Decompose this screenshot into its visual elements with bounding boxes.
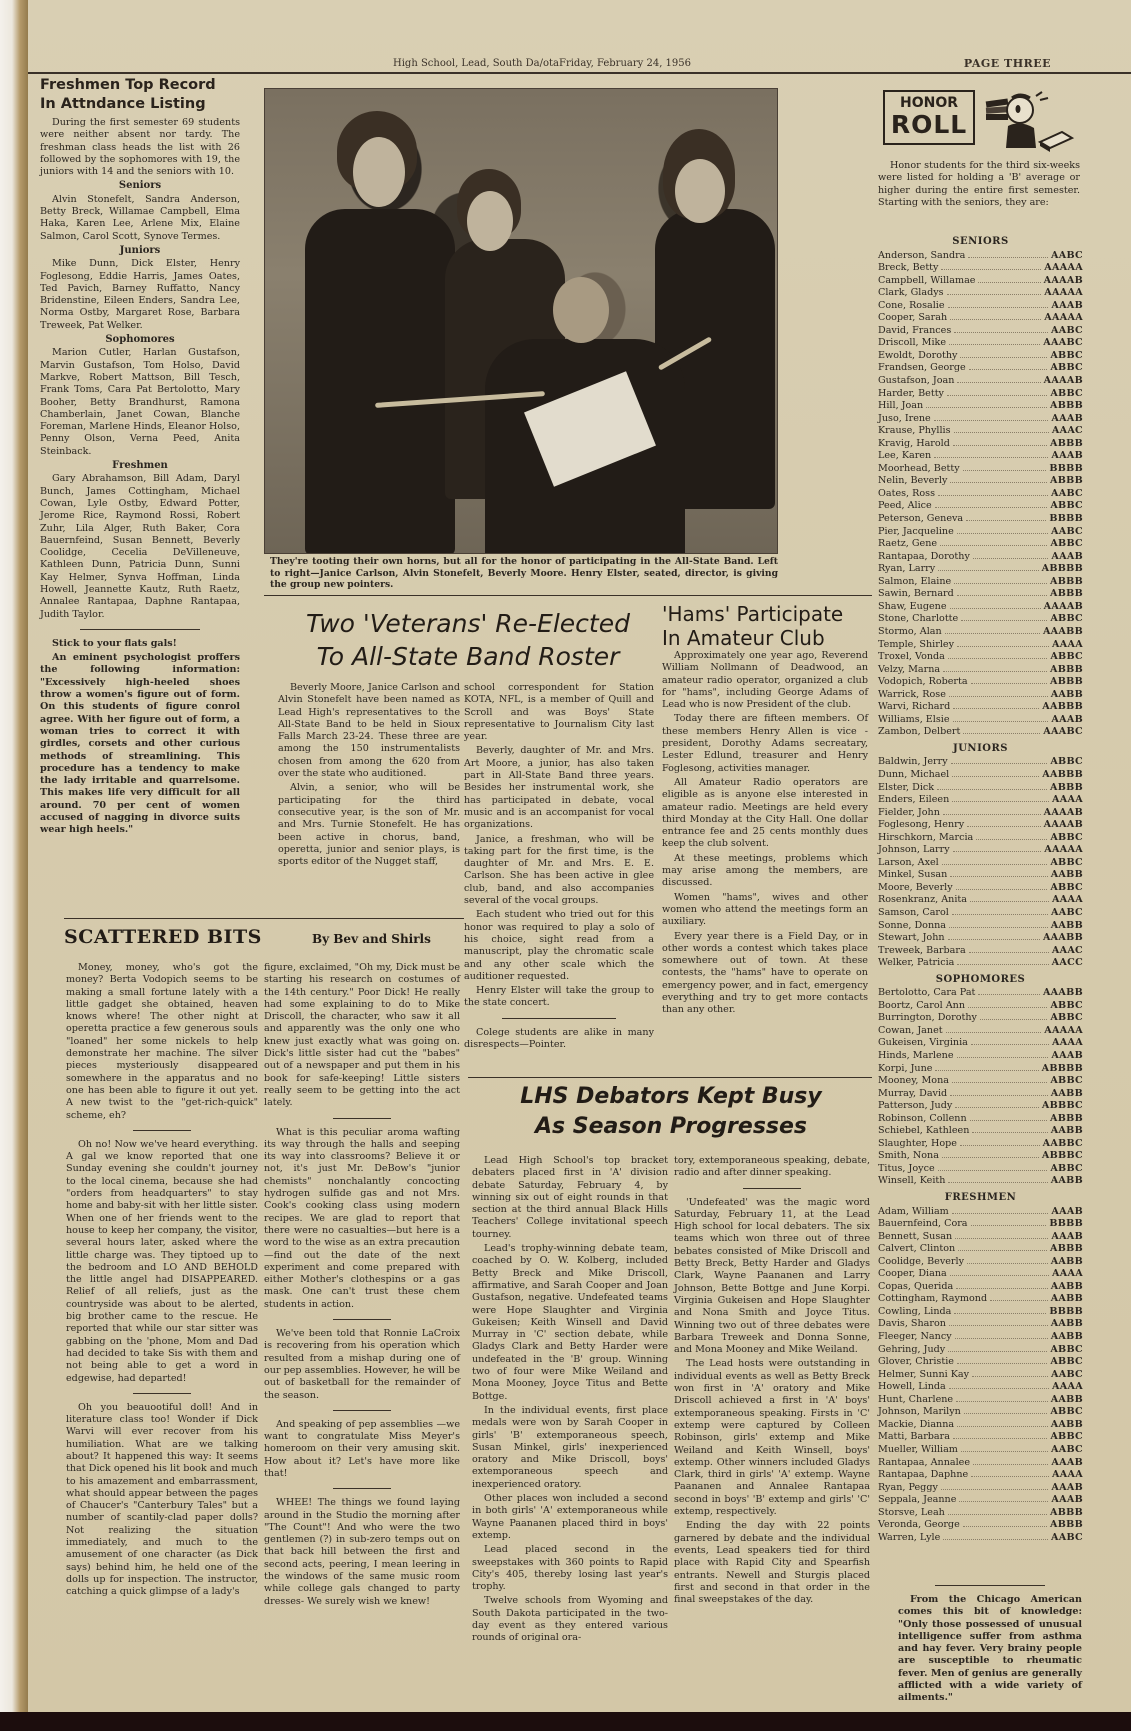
face-shape xyxy=(353,137,405,207)
honor-roll-logo: HONOR ROLL xyxy=(883,90,975,145)
leader-dots xyxy=(971,676,1047,684)
divider xyxy=(133,1393,191,1394)
honor-roll-row: Dunn, MichaelAABBB xyxy=(878,769,1083,782)
student-grades: ABBC xyxy=(1050,1356,1083,1369)
honor-roll-row: Copas, QueridaAABB xyxy=(878,1281,1083,1294)
honor-roll-row: Mooney, MonaABBC xyxy=(878,1075,1083,1088)
leader-dots xyxy=(934,450,1048,458)
leader-dots xyxy=(967,1256,1048,1264)
paragraph: Lead placed second in the sweepstakes wi… xyxy=(472,1544,668,1593)
honor-roll-row: Sonne, DonnaAABB xyxy=(878,920,1083,933)
leader-dots xyxy=(957,639,1049,647)
student-grades: AABC xyxy=(1051,1532,1083,1545)
honor-roll-row: Adam, WilliamAAAB xyxy=(878,1206,1083,1219)
honor-roll-row: Moore, BeverlyABBC xyxy=(878,882,1083,895)
honor-roll-row: Raetz, GeneABBC xyxy=(878,538,1083,551)
honor-roll-row: Pier, JacquelineAABC xyxy=(878,526,1083,539)
honor-roll-row: Hill, JoanABBB xyxy=(878,400,1083,413)
figure-silhouette xyxy=(305,209,455,554)
scattered-bits-title: SCATTERED BITS xyxy=(64,926,262,948)
student-name: Rosenkranz, Anita xyxy=(878,894,967,907)
student-name: Welker, Patricia xyxy=(878,957,954,970)
honor-roll-row: Warren, LyleAABC xyxy=(878,1532,1083,1545)
student-grades: ABBC xyxy=(1050,651,1083,664)
honor-roll-row: Williams, ElsieAAAB xyxy=(878,714,1083,727)
attendance-intro: During the first semester 69 students we… xyxy=(40,117,240,178)
paragraph: figure, exclaimed, "Oh my, Dick must be … xyxy=(264,962,460,1110)
student-grades: AABB xyxy=(1051,1175,1083,1188)
honor-roll-row: Anderson, SandraAABC xyxy=(878,250,1083,263)
honor-roll-row: Baldwin, JerryABBC xyxy=(878,756,1083,769)
divider xyxy=(935,1585,1045,1586)
student-grades: AAABC xyxy=(1043,726,1083,739)
student-name: Slaughter, Hope xyxy=(878,1138,957,1151)
student-name: Samson, Carol xyxy=(878,907,949,920)
student-name: Murray, David xyxy=(878,1088,947,1101)
divider xyxy=(743,1188,802,1189)
leader-dots xyxy=(963,726,1040,734)
student-name: Fleeger, Nancy xyxy=(878,1331,952,1344)
student-name: Moore, Beverly xyxy=(878,882,953,895)
honor-roll-row: Johnson, MarilynABBC xyxy=(878,1406,1083,1419)
leader-dots xyxy=(949,337,1040,345)
leader-dots xyxy=(956,1394,1048,1402)
band-headline: Two 'Veterans' Re-Elected To All-State B… xyxy=(278,607,658,673)
student-name: Bennett, Susan xyxy=(878,1231,952,1244)
honor-roll-row: Gehring, JudyABBC xyxy=(878,1344,1083,1357)
leader-dots xyxy=(971,1218,1047,1226)
honor-roll-row: Bertolotto, Cara PatAAABB xyxy=(878,987,1083,1000)
student-grades: ABBB xyxy=(1050,676,1083,689)
leader-dots xyxy=(956,1281,1047,1289)
paragraph: Beverly, daughter of Mr. and Mrs. Art Mo… xyxy=(464,745,654,831)
scattered-bits-col2: figure, exclaimed, "Oh my, Dick must be … xyxy=(264,962,460,1610)
student-name: Robinson, Collenn xyxy=(878,1113,967,1126)
paragraph: school correspondent for Station KOTA, N… xyxy=(464,682,654,743)
student-grades: ABBC xyxy=(1050,1012,1083,1025)
student-grades: AAAAB xyxy=(1044,275,1083,288)
honor-roll-row: Mackie, DiannaAABB xyxy=(878,1419,1083,1432)
leader-dots xyxy=(970,1113,1047,1121)
student-name: Larson, Axel xyxy=(878,857,939,870)
student-grades: ABBC xyxy=(1050,1000,1083,1013)
honor-roll-row: Hirschkorn, MarciaABBC xyxy=(878,832,1083,845)
leader-dots xyxy=(973,1457,1048,1465)
student-grades: ABBC xyxy=(1050,857,1083,870)
divider xyxy=(133,1130,191,1131)
leader-dots xyxy=(950,312,1041,320)
leader-dots xyxy=(951,756,1048,764)
student-grades: ABBC xyxy=(1050,832,1083,845)
honor-roll-row: Matti, BarbaraABBC xyxy=(878,1431,1083,1444)
honor-roll-row: Cooper, DianaAAAA xyxy=(878,1268,1083,1281)
student-grades: AAAB xyxy=(1051,1206,1083,1219)
student-name: Boortz, Carol Ann xyxy=(878,1000,965,1013)
leader-dots xyxy=(978,275,1040,283)
scattered-bits-col1: Money, money, who's got the money? Berta… xyxy=(66,962,258,1601)
student-name: Stone, Charlotte xyxy=(878,613,958,626)
student-name: Calvert, Clinton xyxy=(878,1243,955,1256)
leader-dots xyxy=(978,987,1040,995)
student-grades: AABC xyxy=(1051,488,1083,501)
student-name: Rantapaa, Daphne xyxy=(878,1469,968,1482)
honor-roll-row: Cooper, SarahAAAAA xyxy=(878,312,1083,325)
student-grades: ABBC xyxy=(1050,613,1083,626)
leader-dots xyxy=(955,1231,1048,1239)
leader-dots xyxy=(953,1431,1047,1439)
dateline: High School, Lead, South Da/otaFriday, F… xyxy=(393,58,691,69)
divider xyxy=(264,595,872,596)
leader-dots xyxy=(943,1532,1048,1540)
leader-dots xyxy=(958,1243,1047,1251)
student-name: Hill, Joan xyxy=(878,400,923,413)
leader-dots xyxy=(947,287,1042,295)
leader-dots xyxy=(954,576,1047,584)
student-grades: AAAAB xyxy=(1044,375,1083,388)
student-grades: AAAB xyxy=(1051,300,1083,313)
leader-dots xyxy=(968,1000,1047,1008)
student-name: Frandsen, George xyxy=(878,362,966,375)
band-photo xyxy=(264,88,778,554)
honor-roll-row: Patterson, JudyABBBC xyxy=(878,1100,1083,1113)
honor-roll-row: Smith, NonaABBBC xyxy=(878,1150,1083,1163)
divider xyxy=(502,1018,616,1019)
paragraph: What is this peculiar aroma wafting its … xyxy=(264,1127,460,1311)
student-grades: ABBB xyxy=(1050,438,1083,451)
student-name: Hirschkorn, Marcia xyxy=(878,832,973,845)
student-grades: AABB xyxy=(1051,689,1083,702)
honor-roll-row: Korpi, JuneABBBB xyxy=(878,1063,1083,1076)
student-grades: AAAAA xyxy=(1044,312,1083,325)
student-name: Zambon, Delbert xyxy=(878,726,960,739)
paragraph: At these meetings, problems which may ar… xyxy=(662,853,868,890)
honor-roll-row: Lee, KarenAAAB xyxy=(878,450,1083,463)
leader-dots xyxy=(957,588,1047,596)
student-name: Cowan, Janet xyxy=(878,1025,943,1038)
paragraph: Money, money, who's got the money? Berta… xyxy=(66,962,258,1122)
student-name: Winsell, Keith xyxy=(878,1175,945,1188)
student-name: Rantapaa, Annalee xyxy=(878,1457,970,1470)
leader-dots xyxy=(953,844,1042,852)
student-grades: ABBBC xyxy=(1042,1100,1083,1113)
attendance-sophomores-label: Sophomores xyxy=(40,334,240,346)
paragraph: Ending the day with 22 points garnered b… xyxy=(674,1520,870,1606)
honor-roll-row: Samson, CarolAABC xyxy=(878,907,1083,920)
leader-dots xyxy=(966,513,1046,521)
student-grades: AAAB xyxy=(1051,1231,1083,1244)
honor-roll-row: Murray, DavidAABB xyxy=(878,1088,1083,1101)
leader-dots xyxy=(942,1150,1039,1158)
honor-roll-row: Warvi, RichardAABBB xyxy=(878,701,1083,714)
honor-roll-row: Johnson, LarryAAAAA xyxy=(878,844,1083,857)
attendance-juniors-label: Juniors xyxy=(40,245,240,257)
filler-quip: Colege students are alike in many disres… xyxy=(464,1027,654,1052)
paragraph: Lead High School's top bracket debaters … xyxy=(472,1155,668,1241)
honor-roll-row: Cowling, LindaBBBB xyxy=(878,1306,1083,1319)
student-name: Johnson, Larry xyxy=(878,844,950,857)
honor-roll-row: Kravig, HaroldABBB xyxy=(878,438,1083,451)
flats-body: An eminent psychologist proffers the fol… xyxy=(40,652,240,836)
honor-roll-row: Seppala, JeanneAAAB xyxy=(878,1494,1083,1507)
student-name: Adam, William xyxy=(878,1206,949,1219)
student-name: Patterson, Judy xyxy=(878,1100,952,1113)
student-name: Ryan, Peggy xyxy=(878,1482,938,1495)
student-name: Juso, Irene xyxy=(878,413,931,426)
student-grades: AAAB xyxy=(1051,1457,1083,1470)
honor-roll-row: Gukeisen, VirginiaAAAA xyxy=(878,1037,1083,1050)
honor-roll-row: Stone, CharlotteABBC xyxy=(878,613,1083,626)
band-article-col1: Beverly Moore, Janice Carlson and Alvin … xyxy=(278,682,460,870)
student-grades: ABBB xyxy=(1050,782,1083,795)
honor-roll-row: Ryan, PeggyAAAB xyxy=(878,1482,1083,1495)
honor-roll-intro: Honor students for the third six-weeks w… xyxy=(878,160,1080,211)
student-name: Cooper, Sarah xyxy=(878,312,947,325)
student-grades: AAAC xyxy=(1052,945,1083,958)
student-name: Treweek, Barbara xyxy=(878,945,966,958)
honor-roll-row: David, FrancesAABC xyxy=(878,325,1083,338)
honor-roll-row: Enders, EileenAAAA xyxy=(878,794,1083,807)
honor-roll-row: Bauernfeind, CoraBBBB xyxy=(878,1218,1083,1231)
student-name: Veronda, George xyxy=(878,1519,960,1532)
paragraph: Every year there is a Field Day, or in o… xyxy=(662,931,868,1017)
student-name: Cowling, Linda xyxy=(878,1306,951,1319)
student-grades: AABC xyxy=(1051,526,1083,539)
honor-roll-row: Fleeger, NancyAABB xyxy=(878,1331,1083,1344)
leader-dots xyxy=(959,1494,1048,1502)
student-grades: ABBC xyxy=(1050,1431,1083,1444)
student-grades: ABBC xyxy=(1050,1344,1083,1357)
debate-headline: LHS Debators Kept Busy As Season Progres… xyxy=(473,1082,869,1142)
student-grades: AABB xyxy=(1051,1281,1083,1294)
student-name: Ryan, Larry xyxy=(878,563,935,576)
student-name: Driscoll, Mike xyxy=(878,337,946,350)
chicago-american-filler: From the Chicago American comes this bit… xyxy=(898,1585,1082,1707)
student-grades: BBBB xyxy=(1049,513,1083,526)
attendance-freshmen-label: Freshmen xyxy=(40,460,240,472)
student-name: Bertolotto, Cara Pat xyxy=(878,987,975,1000)
student-name: Johnson, Marilyn xyxy=(878,1406,961,1419)
student-grades: AABC xyxy=(1051,907,1083,920)
student-name: Campbell, Willamae xyxy=(878,275,975,288)
page-number: PAGE THREE xyxy=(964,57,1051,70)
student-grades: AABB xyxy=(1051,1331,1083,1344)
honor-roll-row: Troxel, VondaABBC xyxy=(878,651,1083,664)
debate-article-col1: Lead High School's top bracket debaters … xyxy=(472,1155,668,1647)
paragraph: Oh you beauootiful doll! And in literatu… xyxy=(66,1402,258,1599)
student-grades: AABBB xyxy=(1042,701,1083,714)
student-grades: AAABB xyxy=(1043,932,1083,945)
student-name: Howell, Linda xyxy=(878,1381,946,1394)
leader-dots xyxy=(950,1088,1048,1096)
leader-dots xyxy=(935,1063,1038,1071)
divider xyxy=(80,629,200,630)
student-name: Bauernfeind, Cora xyxy=(878,1218,968,1231)
honor-roll-row: Mueller, WilliamAABC xyxy=(878,1444,1083,1457)
honor-roll-row: Rantapaa, AnnaleeAAAB xyxy=(878,1457,1083,1470)
student-name: Glover, Christie xyxy=(878,1356,954,1369)
honor-roll-row: Larson, AxelABBC xyxy=(878,857,1083,870)
honor-roll-row: Gustafson, JoanAAAAB xyxy=(878,375,1083,388)
student-name: Sawin, Bernard xyxy=(878,588,954,601)
leader-dots xyxy=(990,1293,1048,1301)
flats-lead: Stick to your flats gals! xyxy=(40,638,240,650)
honor-roll-row: Temple, ShirleyAAAA xyxy=(878,639,1083,652)
scattered-bits-byline: By Bev and Shirls xyxy=(312,932,431,946)
divider xyxy=(333,1488,392,1489)
leader-dots xyxy=(971,1469,1049,1477)
leader-dots xyxy=(950,869,1047,877)
student-grades: ABBC xyxy=(1050,500,1083,513)
student-name: Gukeisen, Virginia xyxy=(878,1037,968,1050)
honor-roll-row: Schiebel, KathleenAABB xyxy=(878,1125,1083,1138)
honor-roll-row: Howell, LindaAAAA xyxy=(878,1381,1083,1394)
paragraph: Approximately one year ago, Reverend Wil… xyxy=(662,650,868,711)
student-name: Schiebel, Kathleen xyxy=(878,1125,969,1138)
student-name: Shaw, Eugene xyxy=(878,601,947,614)
student-grades: AABC xyxy=(1051,250,1083,263)
student-grades: AAAAB xyxy=(1044,807,1083,820)
student-grades: ABBB xyxy=(1050,1507,1083,1520)
leader-dots xyxy=(950,1268,1049,1276)
student-name: Vodopich, Roberta xyxy=(878,676,968,689)
paragraph: Each student who tried out for this hono… xyxy=(464,909,654,983)
paragraph: Honor students for the third six-weeks w… xyxy=(878,160,1080,209)
honor-roll-row: Cottingham, RaymondAABB xyxy=(878,1293,1083,1306)
student-name: Warrick, Rose xyxy=(878,689,946,702)
student-grades: ABBC xyxy=(1050,1075,1083,1088)
honor-roll-row: Slaughter, HopeAABBC xyxy=(878,1138,1083,1151)
student-name: Krause, Phyllis xyxy=(878,425,951,438)
honor-roll-row: Calvert, ClintonABBB xyxy=(878,1243,1083,1256)
attendance-article: Freshmen Top Record In Attndance Listing… xyxy=(40,76,240,839)
student-grades: ABBC xyxy=(1050,388,1083,401)
leader-dots xyxy=(955,1331,1048,1339)
leader-dots xyxy=(942,857,1048,865)
student-grades: AAAAA xyxy=(1044,287,1083,300)
student-name: Hunt, Charlene xyxy=(878,1394,953,1407)
student-name: Harder, Betty xyxy=(878,388,944,401)
paragraph: In the individual events, first place me… xyxy=(472,1405,668,1491)
student-name: Salmon, Elaine xyxy=(878,576,951,589)
honor-roll-row: Hinds, MarleneAAAB xyxy=(878,1050,1083,1063)
honor-roll-row: Breck, BettyAAAAA xyxy=(878,262,1083,275)
leader-dots xyxy=(948,1507,1047,1515)
leader-dots xyxy=(948,651,1047,659)
leader-dots xyxy=(957,957,1048,965)
leader-dots xyxy=(953,701,1039,709)
student-name: Mooney, Mona xyxy=(878,1075,949,1088)
honor-roll-row: Stormo, AlanAAABB xyxy=(878,626,1083,639)
leader-dots xyxy=(976,832,1047,840)
leader-dots xyxy=(952,769,1039,777)
leader-dots xyxy=(973,551,1048,559)
student-name: Elster, Dick xyxy=(878,782,934,795)
student-name: Burrington, Dorothy xyxy=(878,1012,977,1025)
student-grades: ABBB xyxy=(1050,1519,1083,1532)
honor-roll-row: Treweek, BarbaraAAAC xyxy=(878,945,1083,958)
leader-dots xyxy=(971,1037,1049,1045)
student-grades: AABB xyxy=(1051,1125,1083,1138)
leader-dots xyxy=(952,1206,1049,1214)
student-name: Davis, Sharon xyxy=(878,1318,946,1331)
divider xyxy=(333,1118,392,1119)
face-shape xyxy=(467,191,513,251)
face-shape xyxy=(675,159,725,223)
student-name: Seppala, Jeanne xyxy=(878,1494,956,1507)
student-grades: AAAB xyxy=(1051,714,1083,727)
student-grades: AAAA xyxy=(1052,1381,1083,1394)
leader-dots xyxy=(954,1306,1046,1314)
student-grades: AAAB xyxy=(1051,551,1083,564)
student-grades: BBBB xyxy=(1049,1306,1083,1319)
paragraph: tory, extemporaneous speaking, debate, r… xyxy=(674,1155,870,1180)
student-name: Rantapaa, Dorothy xyxy=(878,551,970,564)
student-grades: AACC xyxy=(1052,957,1083,970)
leader-dots xyxy=(953,438,1047,446)
leader-dots xyxy=(952,907,1048,915)
debate-article-col2: tory, extemporaneous speaking, debate, r… xyxy=(674,1155,870,1608)
student-name: Stewart, John xyxy=(878,932,945,945)
honor-section-label: JUNIORS xyxy=(878,743,1083,756)
hams-article: Approximately one year ago, Reverend Wil… xyxy=(662,650,868,1019)
leader-dots xyxy=(948,932,1040,940)
leader-dots xyxy=(943,807,1041,815)
student-grades: ABBB xyxy=(1050,1113,1083,1126)
student-grades: AAAB xyxy=(1051,450,1083,463)
page-gutter xyxy=(0,0,30,1731)
leader-dots xyxy=(957,526,1048,534)
student-name: Minkel, Susan xyxy=(878,869,947,882)
student-name: Oates, Ross xyxy=(878,488,935,501)
student-name: Foglesong, Henry xyxy=(878,819,964,832)
honor-roll-row: Frandsen, GeorgeABBC xyxy=(878,362,1083,375)
honor-roll-row: Campbell, WillamaeAAAAB xyxy=(878,275,1083,288)
leader-dots xyxy=(963,463,1047,471)
honor-roll-row: Krause, PhyllisAAAC xyxy=(878,425,1083,438)
divider xyxy=(333,1319,392,1320)
paragraph: And speaking of pep assemblies —we want … xyxy=(264,1419,460,1480)
student-grades: AABB xyxy=(1051,920,1083,933)
honor-roll-row: Clark, GladysAAAAA xyxy=(878,287,1083,300)
honor-roll-row: Cowan, JanetAAAAA xyxy=(878,1025,1083,1038)
student-grades: ABBB xyxy=(1050,1243,1083,1256)
honor-roll-row: Velzy, MarnaABBB xyxy=(878,664,1083,677)
student-name: Nelin, Beverly xyxy=(878,475,947,488)
leader-dots xyxy=(934,413,1049,421)
student-grades: AAAAA xyxy=(1044,1025,1083,1038)
paragraph: Twelve schools from Wyoming and South Da… xyxy=(472,1595,668,1644)
paragraph: The Lead hosts were outstanding in indiv… xyxy=(674,1358,870,1518)
leader-dots xyxy=(948,1175,1047,1183)
student-with-books-cartoon-icon xyxy=(978,86,1078,156)
student-grades: ABBB xyxy=(1050,588,1083,601)
leader-dots xyxy=(956,882,1048,890)
leader-dots xyxy=(954,325,1048,333)
paragraph: 'Undefeated' was the magic word Saturday… xyxy=(674,1197,870,1357)
leader-dots xyxy=(954,425,1049,433)
student-grades: ABBBB xyxy=(1042,563,1083,576)
student-grades: AAAC xyxy=(1052,425,1083,438)
student-name: Cottingham, Raymond xyxy=(878,1293,987,1306)
honor-roll-row: Elster, DickABBB xyxy=(878,782,1083,795)
honor-roll-row: Welker, PatriciaAACC xyxy=(878,957,1083,970)
honor-roll-row: Shaw, EugeneAAAAB xyxy=(878,601,1083,614)
student-name: Gehring, Judy xyxy=(878,1344,945,1357)
student-name: Peterson, Geneva xyxy=(878,513,963,526)
attendance-headline: Freshmen Top Record In Attndance Listing xyxy=(40,76,240,114)
student-grades: ABBC xyxy=(1050,362,1083,375)
leader-dots xyxy=(957,1419,1048,1427)
